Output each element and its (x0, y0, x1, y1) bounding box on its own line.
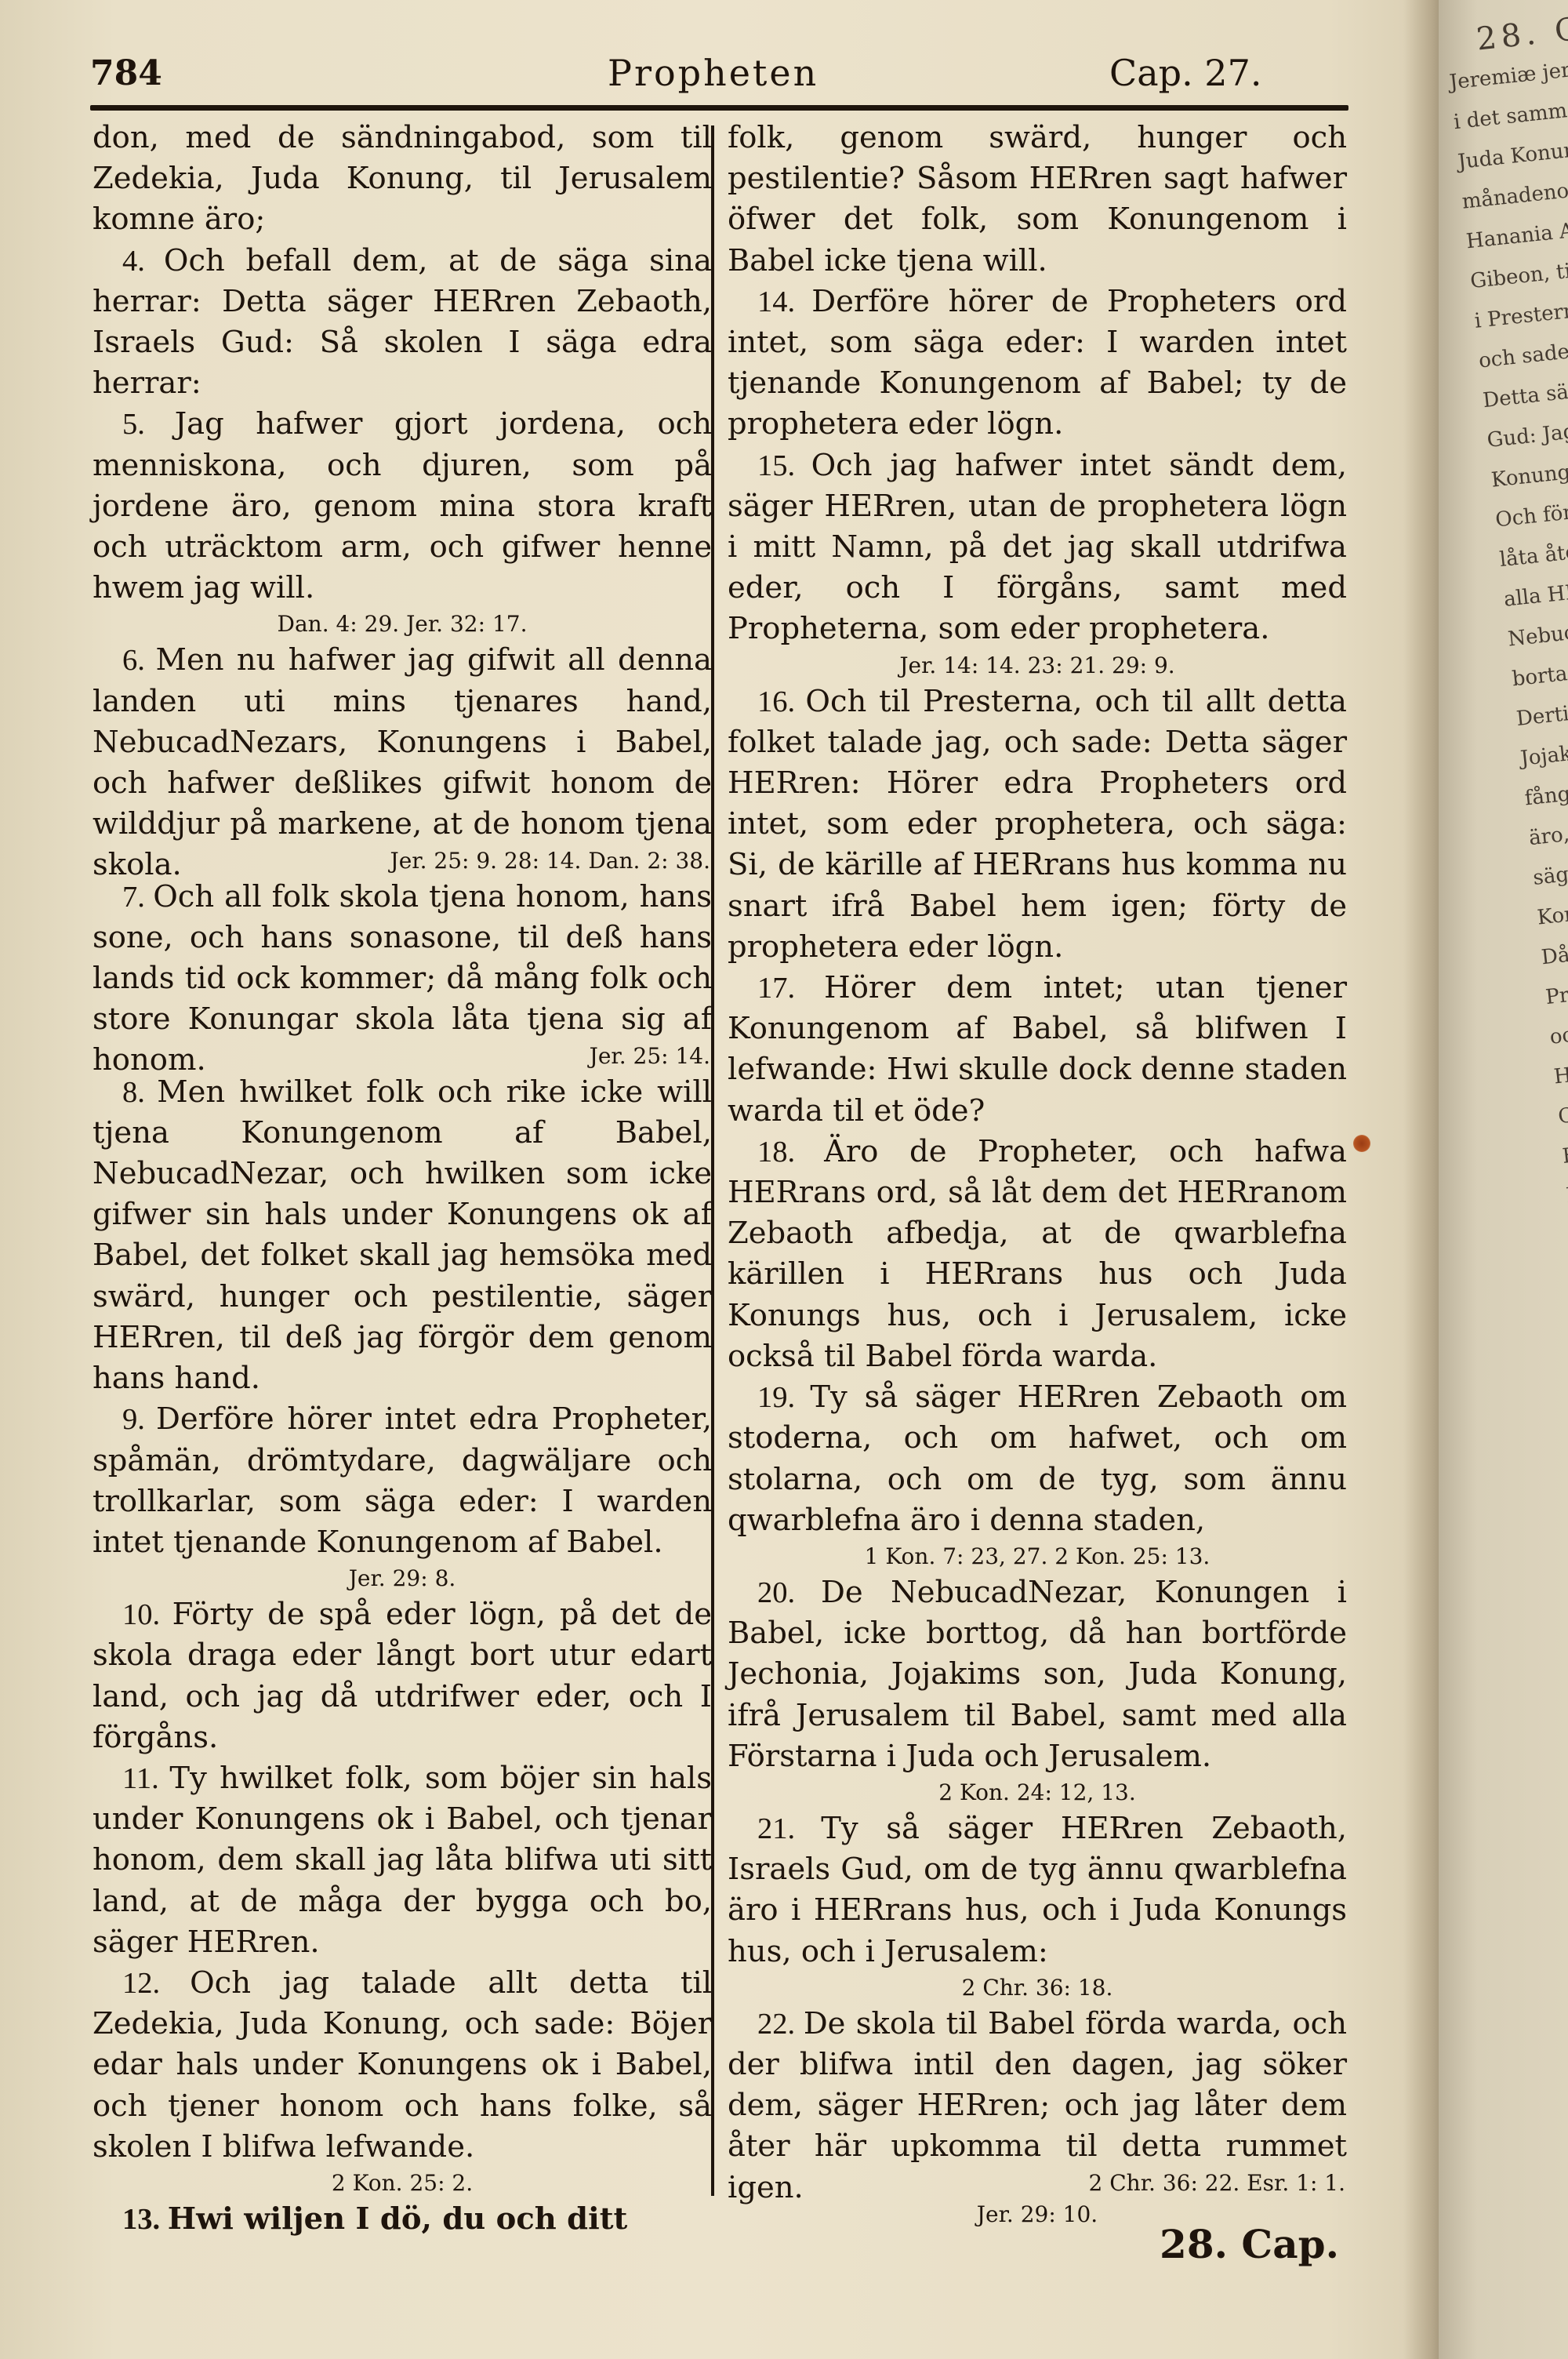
verse-number: 22. (757, 2008, 804, 2041)
verse-text: Ty så säger HERren Zebaoth om stoderna, … (728, 1379, 1347, 1538)
ink-stain (1353, 1135, 1370, 1152)
facing-page-heading: 28. Capitle (1475, 0, 1568, 60)
verse-number: 5. (122, 408, 175, 441)
verse-number: 8. (122, 1076, 157, 1109)
verse-continuation: folk, genom swärd, hunger och pestilenti… (728, 118, 1347, 282)
running-header: 784 Propheten Cap. 27. (90, 47, 1348, 102)
verse: 20. De NebucadNezar, Konungen i Babel, i… (728, 1572, 1347, 1777)
verse-text: Och befall dem, at de säga sina herrar: … (93, 243, 712, 402)
verse: 5. Jag hafwer gjort jordena, och mennisk… (93, 404, 712, 609)
verse: 10. Förty de spå eder lögn, på det de sk… (93, 1594, 712, 1758)
verse-text: folk, genom swärd, hunger och pestilenti… (728, 120, 1347, 278)
verse-number: 12. (122, 1967, 190, 2000)
verse: 12. Och jag talade allt detta til Zedeki… (93, 1963, 712, 2168)
left-column: don, med de sändningabod, som til Zedeki… (93, 118, 712, 2240)
verse-number: 7. (122, 881, 153, 914)
verse-text: Men hwilket folk och rike icke will tjen… (93, 1074, 712, 1396)
verse: 9. Derföre hörer intet edra Propheter, s… (93, 1399, 712, 1563)
verse-number: 19. (757, 1381, 810, 1414)
chapter-label: Cap. 27. (1109, 52, 1261, 94)
book-page-784: 784 Propheten Cap. 27. don, med de sändn… (0, 0, 1443, 2359)
running-title: Propheten (608, 52, 818, 94)
cross-reference: Jer. 25: 9. 28: 14. Dan. 2: 38. (93, 845, 712, 877)
verse-number: 21. (757, 1812, 821, 1845)
verse: 19. Ty så säger HERren Zebaoth om stoder… (728, 1377, 1347, 1541)
verse-number: 4. (122, 245, 164, 278)
cross-reference: 2 Chr. 36: 18. (728, 1972, 1347, 2004)
verse-number: 16. (757, 685, 805, 718)
verse-number: 15. (757, 449, 811, 482)
verse: 21. Ty så säger HERren Zebaoth, Israels … (728, 1808, 1347, 1972)
verse: 11. Ty hwilket folk, som böjer sin hals … (93, 1758, 712, 1963)
verse-text: Äro de Propheter, och hafwa HERrans ord,… (728, 1134, 1347, 1374)
verse: 18. Äro de Propheter, och hafwa HERrans … (728, 1132, 1347, 1377)
verse-text: Hwi wiljen I dö, du och ditt (168, 2201, 628, 2237)
cross-reference: Dan. 4: 29. Jer. 32: 17. (93, 609, 712, 640)
cross-reference: 2 Kon. 25: 2. (93, 2168, 712, 2199)
cross-reference: 1 Kon. 7: 23, 27. 2 Kon. 25: 13. (728, 1541, 1347, 1572)
verse-text: Derföre hörer de Propheters ord intet, s… (728, 284, 1347, 442)
verse-number: 10. (122, 1598, 172, 1631)
cross-reference: 2 Kon. 24: 12, 13. (728, 1777, 1347, 1808)
facing-page-text: 28. Capitle Jeremiæ jernok. Hanani det s… (1443, 0, 1568, 2012)
verse: 14. Derföre hörer de Propheters ord inte… (728, 282, 1347, 445)
verse-number: 11. (122, 1762, 169, 1795)
page-number: 784 (90, 53, 162, 93)
right-column: folk, genom swärd, hunger och pestilenti… (728, 118, 1347, 2265)
verse-text: Jag hafwer gjort jordena, och menniskona… (93, 406, 712, 605)
verse-text: De NebucadNezar, Konungen i Babel, icke … (728, 1575, 1347, 1774)
cross-reference: 2 Chr. 36: 22. Esr. 1: 1. (728, 2168, 1347, 2199)
verse: 8. Men hwilket folk och rike icke will t… (93, 1072, 712, 1400)
verse: 17. Hörer dem intet; utan tjener Konunge… (728, 968, 1347, 1132)
verse: 13. Hwi wiljen I dö, du och ditt (93, 2199, 712, 2240)
verse-number: 9. (122, 1403, 156, 1436)
verse-number: 13. (122, 2203, 168, 2236)
verse-text: Och jag hafwer intet sändt dem, säger HE… (728, 448, 1347, 647)
verse-number: 6. (122, 644, 156, 677)
verse-text: Derföre hörer intet edra Propheter, spåm… (93, 1401, 712, 1560)
verse-text: Ty så säger HERren Zebaoth, Israels Gud,… (728, 1811, 1347, 1969)
facing-page-edge: 28. Capitle Jeremiæ jernok. Hanani det s… (1439, 0, 1568, 2359)
cross-reference: Jer. 29: 8. (93, 1563, 712, 1594)
verse-number: 18. (757, 1136, 824, 1169)
verse: 15. Och jag hafwer intet sändt dem, säge… (728, 445, 1347, 650)
header-rule (90, 105, 1348, 111)
verse-number: 14. (757, 285, 811, 318)
verse-text: don, med de sändningabod, som til Zedeki… (93, 120, 712, 237)
verse-continuation: don, med de sändningabod, som til Zedeki… (93, 118, 712, 241)
verse: 4. Och befall dem, at de säga sina herra… (93, 241, 712, 405)
cross-reference: Jer. 14: 14. 23: 21. 29: 9. (728, 650, 1347, 682)
verse-text: Ty hwilket folk, som böjer sin hals unde… (93, 1761, 712, 1960)
verse: 16. Och til Presterna, och til allt dett… (728, 682, 1347, 968)
verse-text: Och til Presterna, och til allt detta fo… (728, 684, 1347, 965)
verse-text: Förty de spå eder lögn, på det de skola … (93, 1597, 712, 1755)
verse-number: 17. (757, 972, 824, 1005)
verse-number: 20. (757, 1576, 821, 1609)
